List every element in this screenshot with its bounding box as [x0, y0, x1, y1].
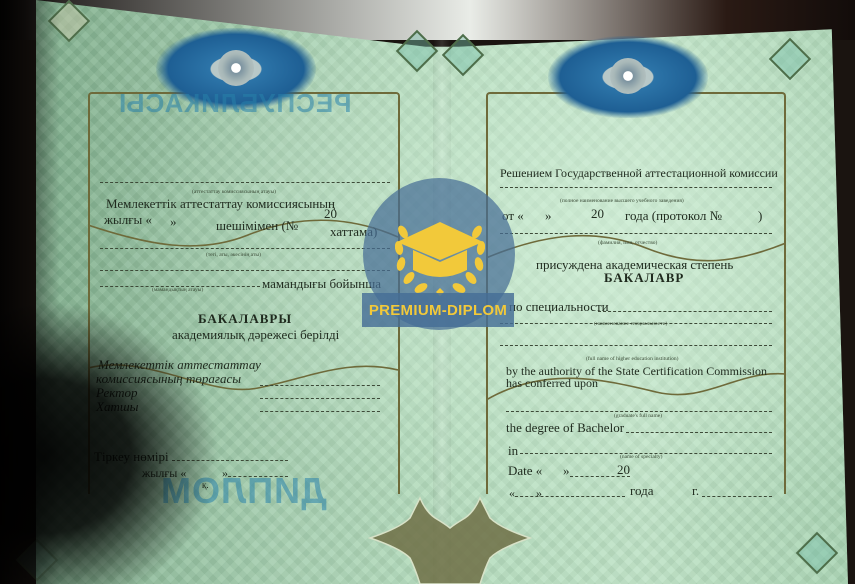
- en-date-close: »: [563, 463, 570, 479]
- left-line-commission: Мемлекеттік аттестаттау комиссиясының: [106, 196, 335, 212]
- caption-specialty-kz: (мамандықтың атауы): [152, 287, 203, 293]
- left-line-specialty: мамандығы бойынша: [262, 276, 381, 292]
- right-line-decision: Решением Государственной аттестационной …: [500, 166, 778, 181]
- left-line-date: жылғы «: [104, 212, 152, 228]
- en-in: in: [508, 443, 518, 459]
- left-year-20: 20: [324, 206, 337, 222]
- en-date: Date «: [508, 463, 542, 479]
- caption-commission: (аттестаттау комиссиясының атауы): [192, 189, 276, 195]
- left-degree-awarded: академиялық дәрежесі берілді: [172, 327, 339, 343]
- registration-year-label: жылғы «: [142, 466, 186, 481]
- signature-secretary: Хатшы: [96, 399, 138, 415]
- mirrored-header-text: РЕСПУБЛИКАСЫ: [118, 88, 352, 119]
- left-line-decision: шешімімен (№: [216, 218, 298, 234]
- left-degree-title: БАКАЛАВРЫ: [198, 311, 292, 327]
- watermark-brand-label: PREMIUM-DIPLOM: [362, 293, 514, 327]
- en-conferred: has conferred upon: [506, 376, 598, 391]
- right-specialty: по специальности: [509, 299, 609, 315]
- right-date-close: »: [545, 208, 552, 224]
- caption-name-ru: (фамилия, имя, отчество): [598, 240, 657, 246]
- ru-city: г.: [692, 483, 699, 499]
- ru-year: года: [630, 483, 654, 499]
- caption-name-kz: (тегі, аты, әкесінің аты): [206, 252, 261, 258]
- right-year-20: 20: [591, 206, 604, 222]
- caption-institution-ru: (полное наименование высшего учебного за…: [560, 198, 684, 204]
- caption-institution-en: (full name of higher education instituti…: [586, 356, 678, 362]
- registration-year-close: »: [222, 466, 228, 481]
- caption-specialty-en: (name of specialty): [620, 454, 662, 460]
- right-degree-title: БАКАЛАВР: [604, 270, 684, 286]
- state-emblem-icon: [548, 36, 708, 118]
- caption-graduate-en: (graduate's full name): [614, 413, 662, 419]
- en-degree: the degree of Bachelor: [506, 420, 624, 436]
- right-protocol: года (протокол №: [625, 208, 722, 224]
- right-protocol-close: ): [758, 208, 762, 224]
- bottom-ornament-icon: [360, 488, 540, 584]
- city-suffix-kz: қ.: [202, 480, 209, 490]
- left-page-frame: [88, 92, 400, 494]
- caption-specialty-ru: (наименование специальности): [594, 321, 667, 327]
- hand-shadow: [0, 0, 60, 584]
- left-line-date-close: »: [170, 214, 177, 230]
- registration-number-label: Тіркеу нөмірі: [94, 449, 169, 465]
